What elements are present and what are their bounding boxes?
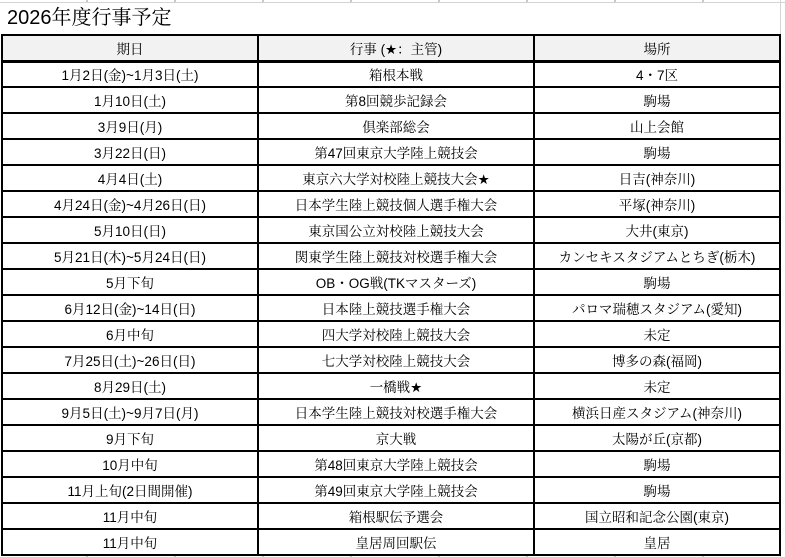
cell-event: 第47回東京大学陸上競技会	[258, 139, 534, 165]
cell-event: 日本学生陸上競技対校選手権大会	[258, 399, 534, 425]
cell-date: 11月上旬(2日間開催)	[2, 477, 258, 503]
column-header-event: 行事 (★：主管)	[258, 35, 534, 61]
cell-date: 5月下旬	[2, 269, 258, 295]
cell-event: 一橋戦★	[258, 373, 534, 399]
cell-event: 第48回東京大学陸上競技会	[258, 451, 534, 477]
cell-location: 皇居	[534, 529, 780, 555]
table-row: 7月25日(土)~26日(日)七大学対校陸上競技大会博多の森(福岡)	[2, 347, 780, 373]
cell-date: 11月中旬	[2, 503, 258, 529]
cell-event: 関東学生陸上競技対校選手権大会	[258, 243, 534, 269]
table-row: 11月上旬(2日間開催)第49回東京大学陸上競技会駒場	[2, 477, 780, 503]
cell-location: 駒場	[534, 87, 780, 113]
column-header-location: 場所	[534, 35, 780, 61]
gridline-top-horizontal	[0, 2, 785, 3]
table-row: 4月24日(金)~4月26日(日)日本学生陸上競技個人選手権大会平塚(神奈川)	[2, 191, 780, 217]
column-header-date: 期日	[2, 35, 258, 61]
table-row: 10月中旬第48回東京大学陸上競技会駒場	[2, 451, 780, 477]
cell-event: OB・OG戦(TKマスターズ)	[258, 269, 534, 295]
table-row: 5月下旬OB・OG戦(TKマスターズ)駒場	[2, 269, 780, 295]
cell-location: 国立昭和記念公園(東京)	[534, 503, 780, 529]
cell-location: 太陽が丘(京都)	[534, 425, 780, 451]
cell-date: 1月10日(土)	[2, 87, 258, 113]
cell-date: 9月下旬	[2, 425, 258, 451]
cell-event: 倶楽部総会	[258, 113, 534, 139]
table-row: 1月2日(金)~1月3日(土)箱根本戦4・7区	[2, 61, 780, 87]
table-row: 3月9日(月)倶楽部総会山上会館	[2, 113, 780, 139]
cell-event: 七大学対校陸上競技大会	[258, 347, 534, 373]
cell-date: 4月4日(土)	[2, 165, 258, 191]
cell-location: 未定	[534, 321, 780, 347]
cell-date: 6月中旬	[2, 321, 258, 347]
cell-location: 駒場	[534, 477, 780, 503]
cell-event: 第8回競歩記録会	[258, 87, 534, 113]
cell-date: 5月10日(日)	[2, 217, 258, 243]
cell-date: 3月9日(月)	[2, 113, 258, 139]
cell-event: 皇居周回駅伝	[258, 529, 534, 555]
table-row: 11月中旬箱根駅伝予選会国立昭和記念公園(東京)	[2, 503, 780, 529]
cell-date: 3月22日(日)	[2, 139, 258, 165]
cell-location: 未定	[534, 373, 780, 399]
spreadsheet-view: 2026年度行事予定 期日 行事 (★：主管) 場所 1月2日(金)~1月3日(…	[0, 0, 785, 557]
cell-date: 1月2日(金)~1月3日(土)	[2, 61, 258, 87]
schedule-table: 期日 行事 (★：主管) 場所 1月2日(金)~1月3日(土)箱根本戦4・7区1…	[1, 34, 781, 556]
cell-location: パロマ瑞穂スタジアム(愛知)	[534, 295, 780, 321]
cell-date: 6月12日(金)~14日(日)	[2, 295, 258, 321]
table-row: 4月4日(土)東京六大学対校陸上競技大会★日吉(神奈川)	[2, 165, 780, 191]
cell-event: 箱根本戦	[258, 61, 534, 87]
table-row: 1月10日(土)第8回競歩記録会駒場	[2, 87, 780, 113]
cell-location: 日吉(神奈川)	[534, 165, 780, 191]
cell-event: 東京国公立対校陸上競技大会	[258, 217, 534, 243]
cell-date: 4月24日(金)~4月26日(日)	[2, 191, 258, 217]
cell-location: 駒場	[534, 451, 780, 477]
cell-location: 平塚(神奈川)	[534, 191, 780, 217]
cell-event: 日本学生陸上競技個人選手権大会	[258, 191, 534, 217]
cell-location: 横浜日産スタジアム(神奈川)	[534, 399, 780, 425]
table-row: 6月12日(金)~14日(日)日本陸上競技選手権大会パロマ瑞穂スタジアム(愛知)	[2, 295, 780, 321]
cell-event: 箱根駅伝予選会	[258, 503, 534, 529]
cell-event: 東京六大学対校陸上競技大会★	[258, 165, 534, 191]
header-row: 期日 行事 (★：主管) 場所	[2, 35, 780, 61]
table-row: 6月中旬四大学対校陸上競技大会未定	[2, 321, 780, 347]
cell-location: カンセキスタジアムとちぎ(栃木)	[534, 243, 780, 269]
cell-location: 博多の森(福岡)	[534, 347, 780, 373]
table-row: 9月下旬京大戦太陽が丘(京都)	[2, 425, 780, 451]
cell-event: 京大戦	[258, 425, 534, 451]
table-row: 3月22日(日)第47回東京大学陸上競技会駒場	[2, 139, 780, 165]
cell-event: 第49回東京大学陸上競技会	[258, 477, 534, 503]
cell-location: 山上会館	[534, 113, 780, 139]
cell-location: 駒場	[534, 269, 780, 295]
cell-date: 5月21日(木)~5月24日(日)	[2, 243, 258, 269]
cell-location: 駒場	[534, 139, 780, 165]
cell-location: 大井(東京)	[534, 217, 780, 243]
cell-event: 日本陸上競技選手権大会	[258, 295, 534, 321]
page-title: 2026年度行事予定	[7, 5, 178, 32]
table-row: 5月21日(木)~5月24日(日)関東学生陸上競技対校選手権大会カンセキスタジア…	[2, 243, 780, 269]
table-row: 5月10日(日)東京国公立対校陸上競技大会大井(東京)	[2, 217, 780, 243]
cell-date: 10月中旬	[2, 451, 258, 477]
table-row: 11月中旬皇居周回駅伝皇居	[2, 529, 780, 555]
table-row: 8月29日(土)一橋戦★未定	[2, 373, 780, 399]
cell-date: 9月5日(土)~9月7日(月)	[2, 399, 258, 425]
cell-date: 11月中旬	[2, 529, 258, 555]
table-row: 9月5日(土)~9月7日(月)日本学生陸上競技対校選手権大会横浜日産スタジアム(…	[2, 399, 780, 425]
cell-location: 4・7区	[534, 61, 780, 87]
cell-date: 7月25日(土)~26日(日)	[2, 347, 258, 373]
cell-date: 8月29日(土)	[2, 373, 258, 399]
cell-event: 四大学対校陸上競技大会	[258, 321, 534, 347]
